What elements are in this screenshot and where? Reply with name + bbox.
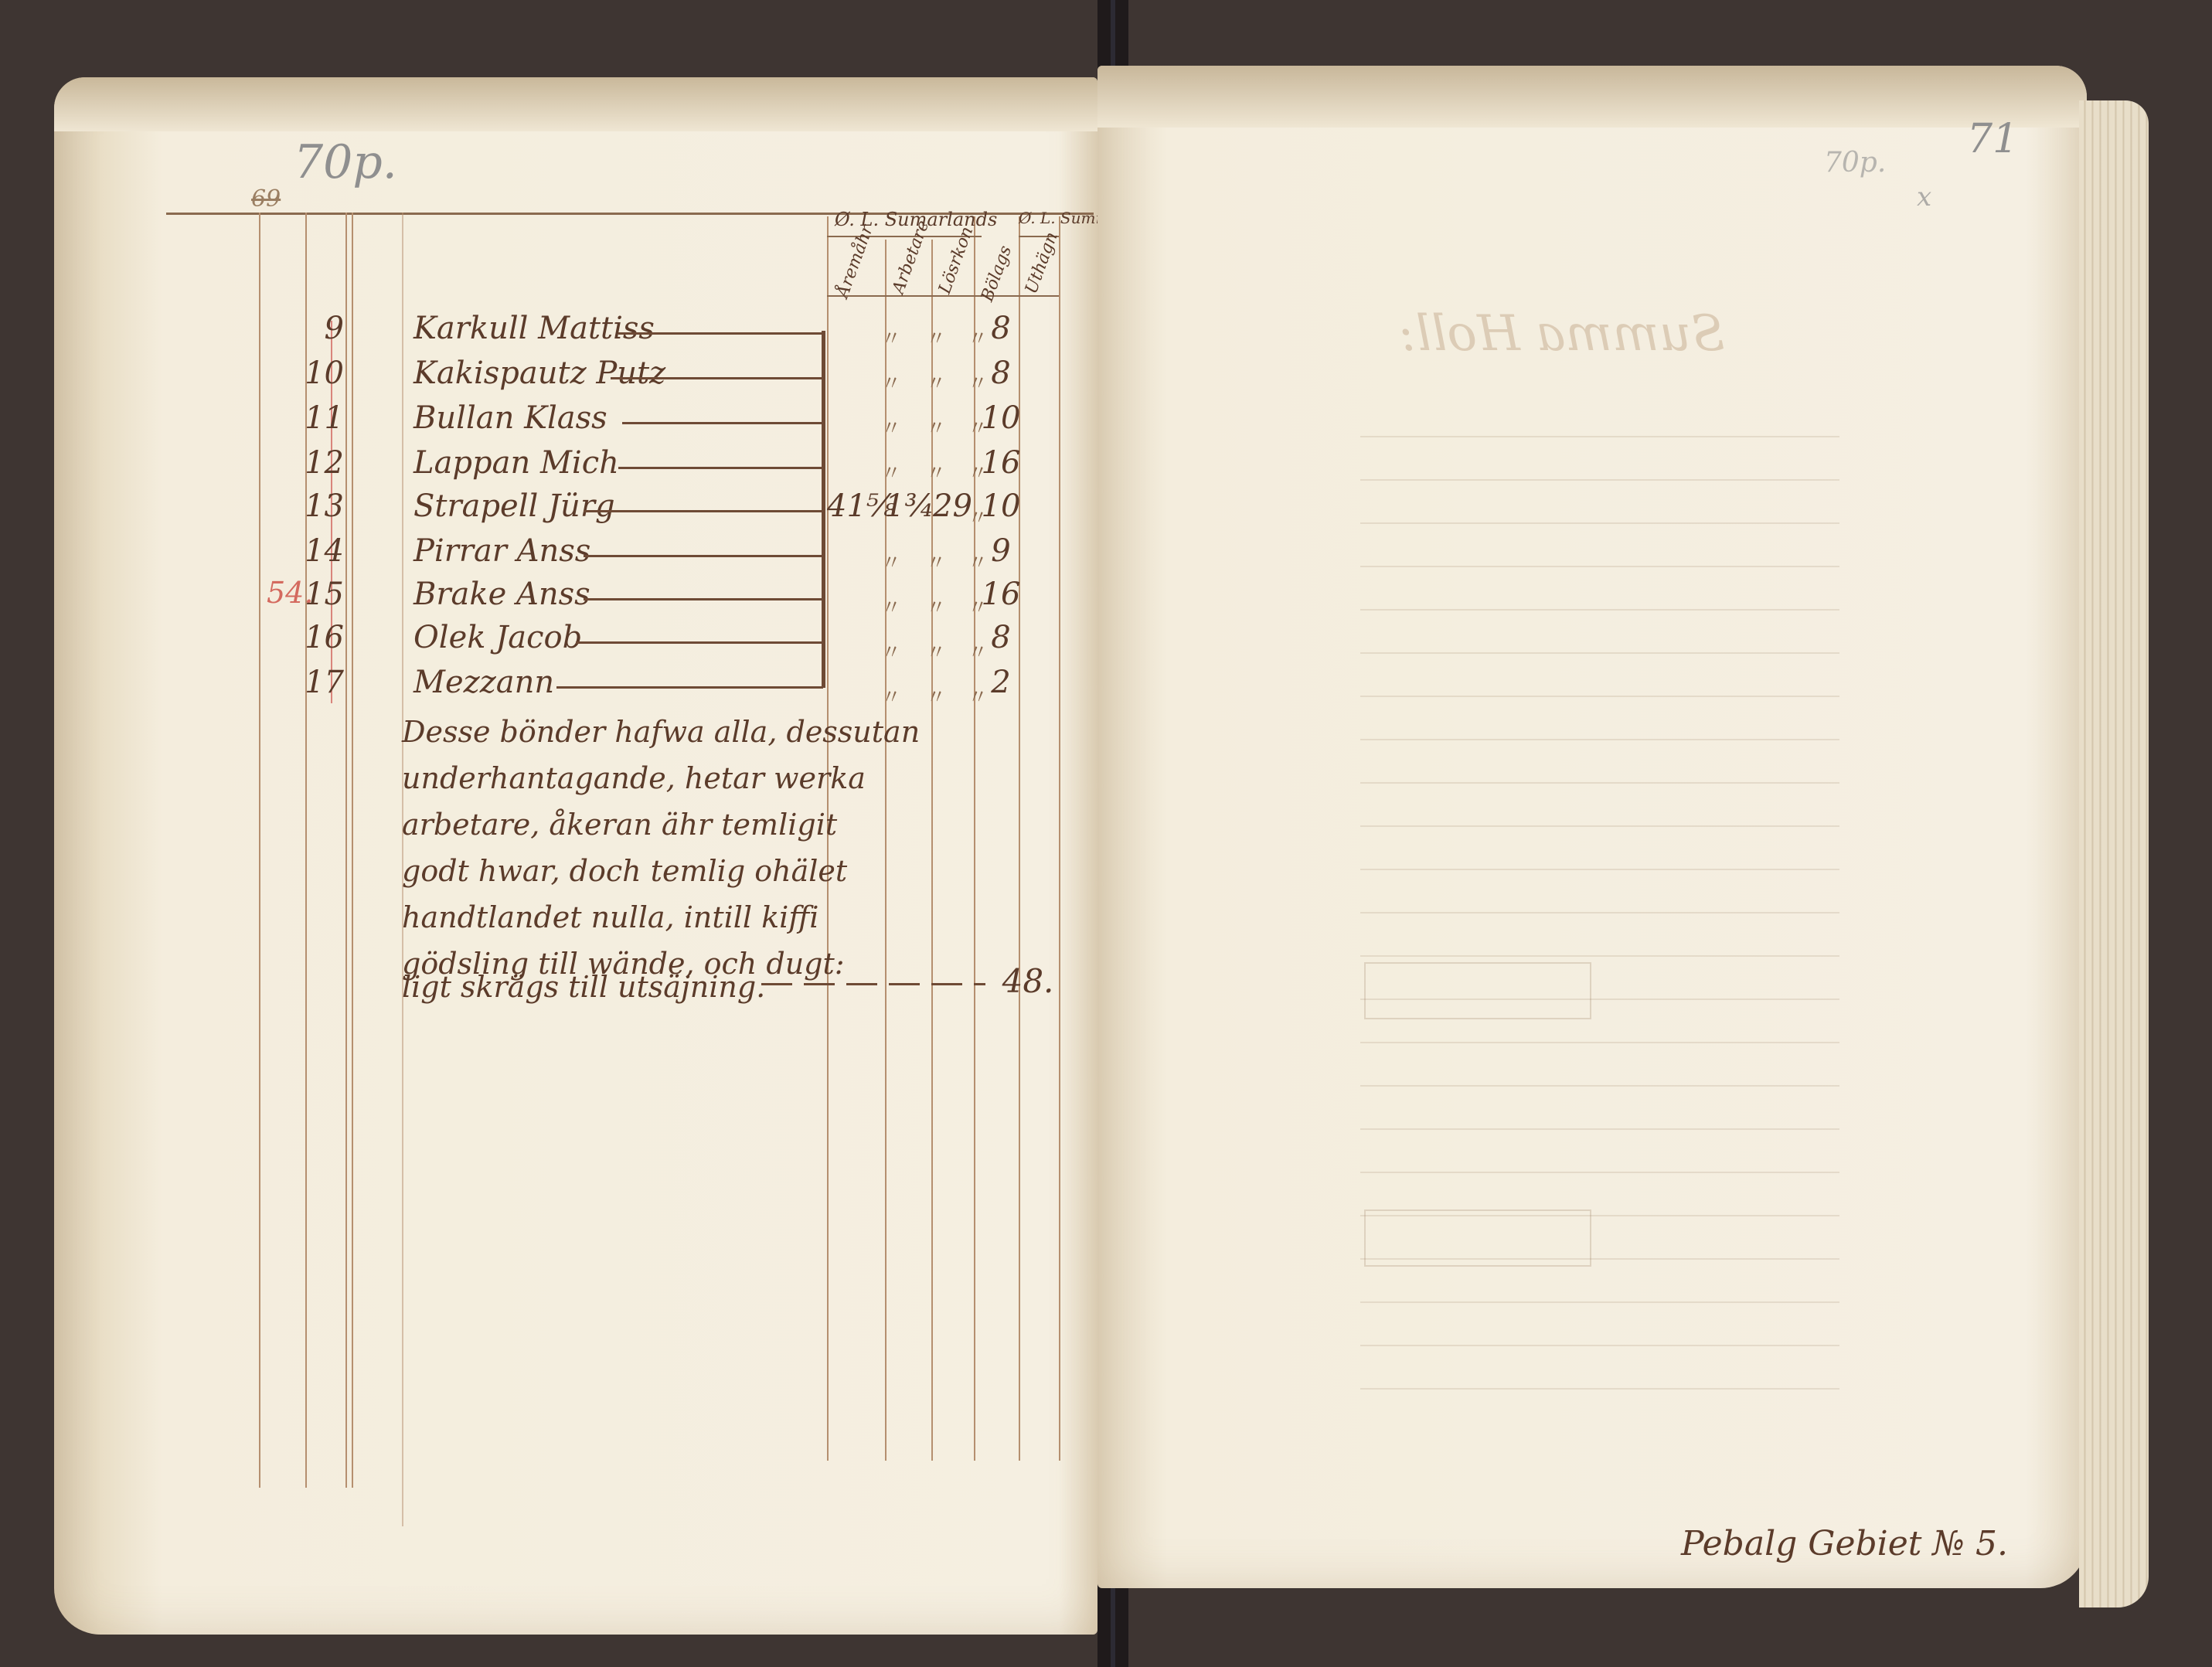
pencil-mark: x xyxy=(1917,182,1931,213)
pencil-annotation-right: 70p. xyxy=(1824,147,1886,179)
bleedthrough-heading-text: Summa Holl: xyxy=(1399,305,1725,362)
leader-line xyxy=(622,422,823,424)
leader-line xyxy=(618,467,823,469)
col-rule-6 xyxy=(1059,216,1060,1461)
margin-rule-1 xyxy=(259,213,260,1488)
ditto-marks: 〃〃〃〃〃〃〃〃 xyxy=(881,317,901,720)
leader-line xyxy=(584,598,823,600)
row-name: Bullan Klass xyxy=(413,400,607,436)
header-bottom-rule xyxy=(827,295,1059,297)
row-name: Strapell Jürg xyxy=(413,488,615,524)
row-name: Olek Jacob xyxy=(413,620,582,655)
row-name: Karkull Mattiss xyxy=(413,311,655,346)
group-brace xyxy=(822,331,825,688)
leader-line xyxy=(611,377,823,379)
row-number: 17 xyxy=(290,665,344,700)
margin-rule-3 xyxy=(345,213,347,1488)
row-group-value-1: 41⅝ xyxy=(827,488,889,524)
paragraph-line: underhantagande, hetar werka xyxy=(402,761,866,795)
pencil-annotation-left: 70p. xyxy=(294,135,397,189)
margin-rule-4 xyxy=(352,213,353,1488)
paragraph-line: Desse bönder hafwa alla, dessutan xyxy=(402,715,920,749)
page-edges xyxy=(2079,100,2149,1607)
leader-line xyxy=(576,641,823,644)
row-name: Brake Anss xyxy=(413,577,590,612)
row-number: 16 xyxy=(290,620,344,655)
leader-line xyxy=(556,686,823,689)
row-number: 10 xyxy=(290,356,344,391)
paragraph-line: handtlandet nulla, intill kiffi xyxy=(402,900,818,934)
total-value: 48. xyxy=(997,962,1059,1000)
bleedthrough-box xyxy=(1364,962,1591,1019)
total-leader-line xyxy=(761,983,985,985)
leader-line xyxy=(618,332,823,335)
paragraph-line: ligt skrägs till utsäjning. xyxy=(402,970,765,1004)
ditto-marks: 〃〃〃〃〃〃〃〃〃 xyxy=(968,317,988,720)
row-number: 13 xyxy=(290,488,344,524)
row-number: 9 xyxy=(290,311,344,346)
row-name: Lappan Mich xyxy=(413,445,619,481)
row-number: 14 xyxy=(290,533,344,569)
bleedthrough-heading: Summa Holl: xyxy=(1399,305,1725,362)
row-name: Mezzann xyxy=(413,665,554,700)
struck-folio-number: 69 xyxy=(251,185,281,213)
page-number: 71 xyxy=(1967,116,2018,162)
row-number: 12 xyxy=(290,445,344,481)
leader-line xyxy=(584,510,823,512)
bleedthrough-box xyxy=(1364,1209,1591,1267)
row-number: 11 xyxy=(290,400,344,436)
leader-line xyxy=(584,555,823,557)
ditto-marks: 〃〃〃〃〃〃〃〃 xyxy=(926,317,946,720)
row-name: Kakispautz Putz xyxy=(413,356,665,391)
row-number: 15 xyxy=(290,577,344,612)
row-name: Pirrar Anss xyxy=(413,533,590,569)
page-footer: Pebalg Gebiet № 5. xyxy=(1681,1524,2008,1563)
paragraph-line: arbetare, åkeran ähr temligit xyxy=(402,808,837,842)
paragraph-line: godt hwar, doch temlig ohälet xyxy=(402,854,847,888)
